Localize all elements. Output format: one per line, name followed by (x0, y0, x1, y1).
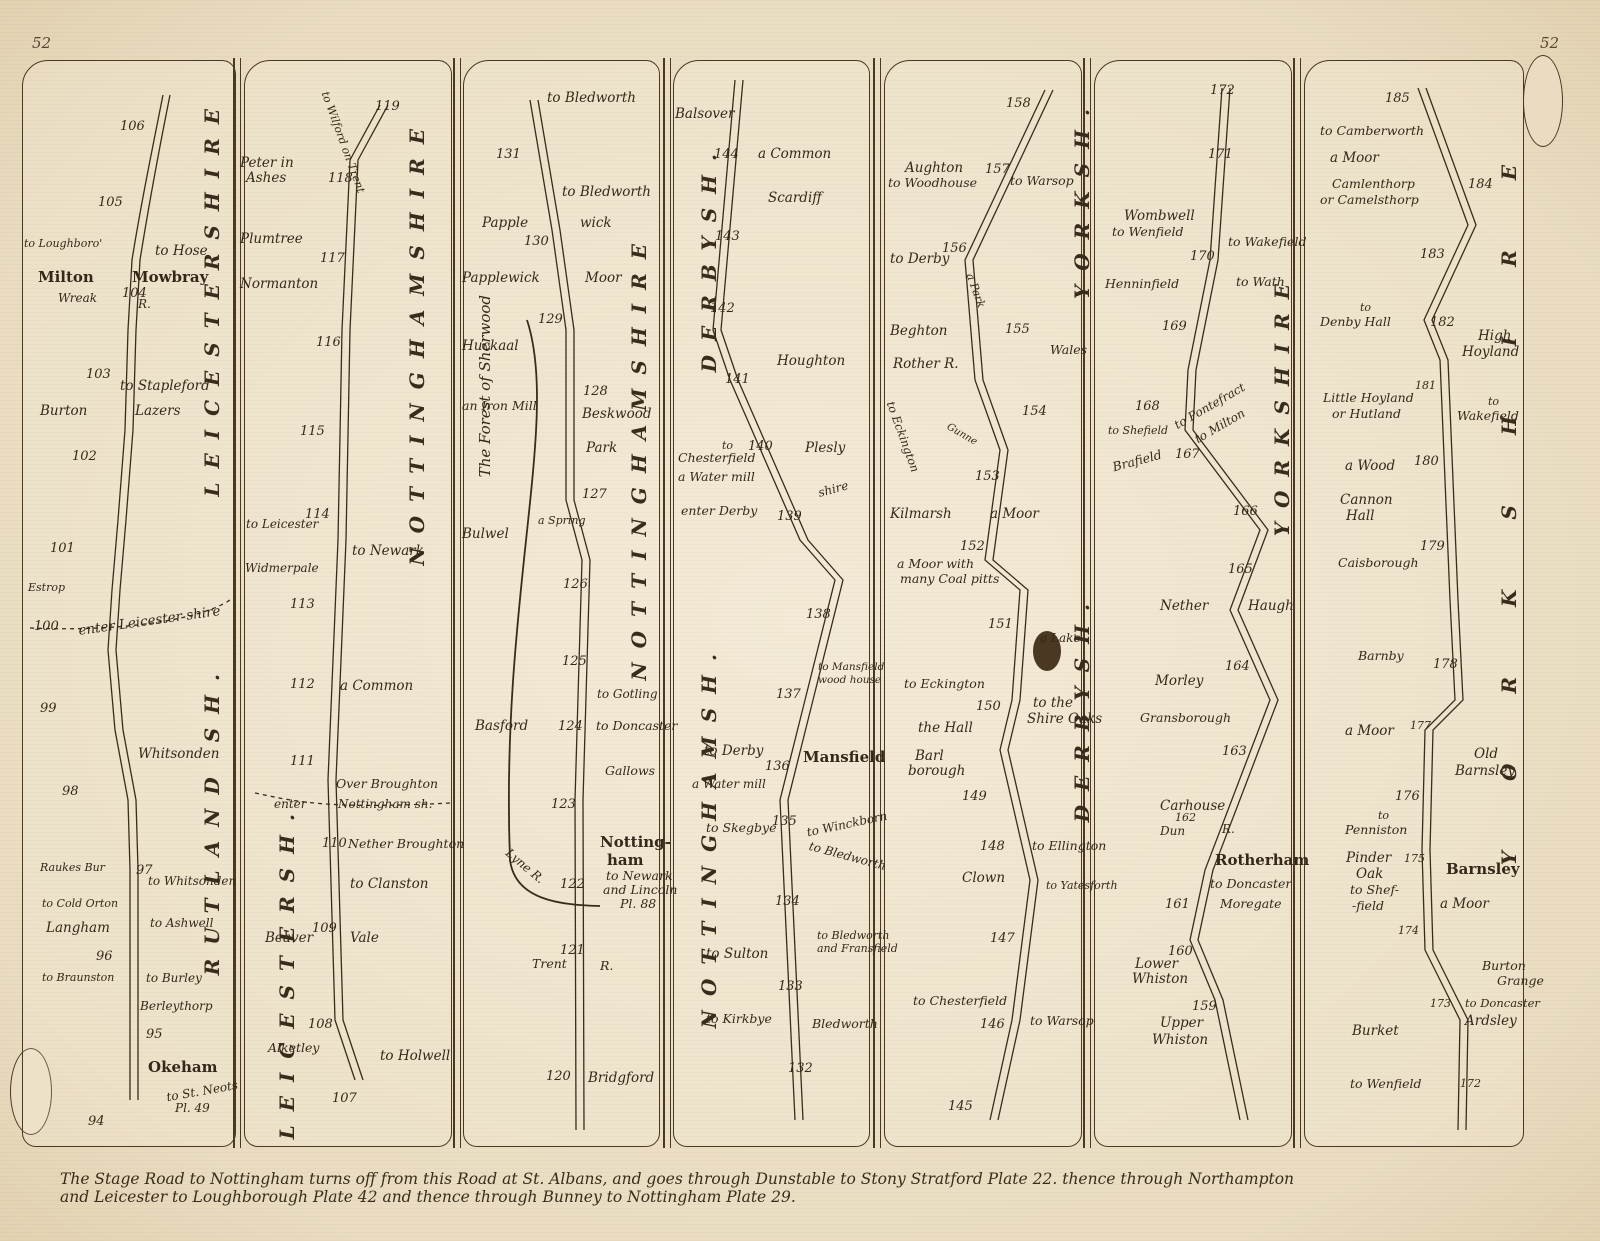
milestone: 107 (332, 1092, 357, 1105)
county-label: RUTLAND SH. (200, 660, 224, 975)
place-label: or Camelsthorp (1320, 194, 1419, 207)
place-label: Ardsley (1465, 1015, 1517, 1029)
place-label: Gallows (605, 765, 655, 778)
place-label: Hall (1346, 510, 1374, 524)
milestone: 113 (290, 598, 315, 611)
place-label: Whiston (1152, 1034, 1208, 1048)
milestone: 129 (538, 313, 563, 326)
milestone: 176 (1395, 790, 1420, 803)
milestone: 177 (1410, 720, 1431, 731)
milestone: 115 (300, 425, 325, 438)
place-label: Cannon (1340, 494, 1393, 508)
milestone: 148 (980, 840, 1005, 853)
milestone: 180 (1414, 455, 1439, 468)
place-label: Bledworth (812, 1018, 878, 1031)
place-label: Nether (1160, 600, 1208, 614)
place-label: Clown (962, 872, 1005, 886)
place-label: a Common (340, 680, 413, 694)
river-label: R. (138, 298, 151, 310)
milestone: 154 (1022, 405, 1047, 418)
footnote-line-1: The Stage Road to Nottingham turns off f… (60, 1170, 1540, 1188)
milestone: 150 (976, 700, 1001, 713)
milestone: 125 (562, 655, 587, 668)
place-label: Langham (46, 922, 110, 936)
county-label: YORKSHIRE (1497, 95, 1521, 865)
milestone: 185 (1385, 92, 1410, 105)
county-label: NOTTINGHAMSHIRE (627, 230, 651, 681)
milestone: 163 (1222, 745, 1247, 758)
place-label: Penniston (1345, 824, 1407, 837)
place-label: to Stapleford (120, 380, 210, 394)
milestone: 132 (788, 1062, 813, 1075)
place-label: Denby Hall (1320, 316, 1391, 329)
place-label: Gransborough (1140, 712, 1231, 725)
town-label: ham (607, 853, 644, 868)
town-label: Notting- (600, 835, 671, 850)
place-label: a Moor with (897, 558, 974, 571)
place-label: Chesterfield (678, 452, 756, 465)
place-label: to Mansfield (818, 662, 884, 673)
place-label: Houghton (777, 355, 845, 369)
milestone: 183 (1420, 248, 1445, 261)
milestone: 184 (1468, 178, 1493, 191)
milestone: 170 (1190, 250, 1215, 263)
milestone: 141 (725, 373, 750, 386)
place-label: to the (1033, 697, 1073, 711)
place-label: to Holwell (380, 1050, 450, 1064)
town-label: Mowbray (132, 270, 208, 285)
milestone: 135 (772, 815, 797, 828)
place-label: to Derby (890, 253, 949, 267)
milestone: 178 (1433, 658, 1458, 671)
milestone: 98 (62, 785, 79, 798)
milestone: 137 (776, 688, 801, 701)
milestone: 167 (1175, 448, 1200, 461)
footnote-line-2: and Leicester to Loughborough Plate 42 a… (60, 1188, 1540, 1206)
milestone: 139 (777, 510, 802, 523)
place-label: Over Broughton (336, 778, 438, 791)
county-label: NOTTINGHAMSH. (697, 640, 721, 1028)
place-label: to Camberworth (1320, 125, 1424, 138)
place-label: and Lincoln (603, 884, 677, 897)
milestone: 131 (496, 148, 521, 161)
place-label: to (1360, 302, 1371, 313)
place-label: a Spring (538, 515, 586, 526)
place-label: Old (1474, 748, 1498, 762)
place-label: a Moor (1330, 152, 1379, 166)
milestone: 146 (980, 1018, 1005, 1031)
county-label: LEICESTERSHIRE (200, 95, 224, 497)
place-label: to Newark (606, 870, 673, 883)
place-label: to (1378, 810, 1389, 821)
town-label: Mansfield (803, 750, 885, 765)
milestone: 173 (1430, 998, 1451, 1009)
milestone: 140 (748, 440, 773, 453)
milestone: 127 (582, 488, 607, 501)
place-label: Ashes (246, 172, 286, 186)
place-label: Burton (40, 405, 87, 419)
place-label: Burton (1482, 960, 1526, 973)
milestone: 157 (985, 163, 1010, 176)
place-label: a Water mill (678, 471, 755, 484)
place-label: Grange (1497, 975, 1544, 988)
milestone: 136 (765, 760, 790, 773)
place-label: Basford (475, 720, 528, 734)
place-label: Normanton (240, 278, 318, 292)
place-label: Moor (585, 272, 622, 286)
place-label: Scardiff (768, 192, 822, 206)
place-label: wood house (818, 675, 881, 686)
milestone: 162 (1175, 812, 1196, 823)
milestone: 152 (960, 540, 985, 553)
place-label: to Doncaster (596, 720, 677, 733)
milestone: 161 (1165, 898, 1190, 911)
place-label: Oak (1356, 868, 1383, 882)
milestone: 117 (320, 252, 345, 265)
place-label: Moregate (1220, 898, 1282, 911)
plate-ref: Pl. 88 (620, 898, 656, 911)
county-label: YORKSH. (1070, 95, 1094, 299)
place-label: and Fransfield (817, 943, 898, 954)
place-label: Aughton (905, 162, 963, 176)
milestone: 172 (1460, 1078, 1481, 1089)
milestone: 120 (546, 1070, 571, 1083)
milestone: 156 (942, 242, 967, 255)
place-label: to Chesterfield (913, 995, 1007, 1008)
place-label: to Loughboro' (24, 238, 102, 249)
milestone: 168 (1135, 400, 1160, 413)
milestone: 103 (86, 368, 111, 381)
milestone: 159 (1192, 1000, 1217, 1013)
place-label: to Wenfield (1112, 226, 1184, 239)
place-label: Barl (915, 750, 944, 764)
milestone: 172 (1210, 84, 1235, 97)
place-label: -field (1352, 900, 1384, 913)
milestone: 94 (88, 1115, 105, 1128)
boundary-label: Nottingham sh. (338, 798, 432, 810)
milestone: 134 (775, 895, 800, 908)
place-label: to Shef- (1350, 884, 1399, 897)
place-label: Pinder (1346, 852, 1391, 866)
milestone: 106 (120, 120, 145, 133)
place-label: Vale (350, 932, 379, 946)
river-label: Trent (532, 958, 567, 971)
river-label: R. (1222, 823, 1235, 835)
milestone: 119 (375, 100, 400, 113)
place-label: to Wakefield (1228, 236, 1306, 249)
region-label: The Forest of Sherwood (478, 295, 493, 477)
milestone: 164 (1225, 660, 1250, 673)
footnote: The Stage Road to Nottingham turns off f… (60, 1170, 1540, 1206)
place-label: to Cold Orton (42, 898, 118, 909)
river-label: Dun (1160, 825, 1185, 837)
place-label: Haugh (1248, 600, 1294, 614)
milestone: 95 (146, 1028, 163, 1041)
milestone: 124 (558, 720, 583, 733)
milestone: 105 (98, 196, 123, 209)
place-label: to Woodhouse (888, 177, 977, 190)
milestone: 158 (1006, 97, 1031, 110)
place-label: Upper (1160, 1017, 1203, 1031)
milestone: 147 (990, 932, 1015, 945)
milestone: 149 (962, 790, 987, 803)
plate-ref: Pl. 49 (175, 1102, 210, 1114)
milestone: 100 (34, 620, 59, 633)
milestone: 112 (290, 678, 315, 691)
place-label: Widmerpale (245, 562, 319, 574)
town-label: Milton (38, 270, 94, 285)
place-label: Henninfield (1105, 278, 1179, 291)
place-label: Lazers (135, 405, 181, 419)
place-label: Estrop (28, 582, 65, 593)
place-label: Camlenthorp (1332, 178, 1415, 191)
milestone: 102 (72, 450, 97, 463)
milestone: 111 (290, 755, 315, 768)
place-label: Whiston (1132, 973, 1188, 987)
milestone: 179 (1420, 540, 1445, 553)
place-label: an Iron Mill (462, 400, 537, 413)
river-label: Wreak (58, 292, 97, 304)
milestone: 122 (560, 878, 585, 891)
milestone: 155 (1005, 323, 1030, 336)
place-label: Nether Broughton (348, 838, 464, 851)
place-label: many Coal pitts (900, 573, 999, 586)
place-label: a Moor (1440, 898, 1489, 912)
milestone: 165 (1228, 563, 1253, 576)
place-label: Wales (1050, 344, 1087, 357)
milestone: 123 (551, 798, 576, 811)
milestone: 169 (1162, 320, 1187, 333)
place-label: Barnby (1358, 650, 1404, 663)
place-label: to Gotling (597, 688, 658, 700)
place-label: Plesly (805, 442, 845, 456)
place-label: to Doncaster (1210, 878, 1291, 891)
milestone: 99 (40, 702, 57, 715)
county-label: DERBYSH. (1070, 590, 1094, 822)
place-label: to Warsop (1010, 175, 1074, 188)
place-label: Park (586, 442, 617, 456)
county-label: LEICESTERSH. (275, 800, 299, 1139)
milestone: 171 (1208, 148, 1233, 161)
place-label: Balsover (675, 108, 734, 122)
milestone: 118 (328, 172, 353, 185)
milestone: 101 (50, 542, 75, 555)
place-label: to Yatesforth (1046, 880, 1118, 891)
place-label: the Hall (918, 722, 973, 736)
county-label: NOTTINGHAMSHIRE (405, 115, 429, 566)
milestone: 182 (1430, 316, 1455, 329)
milestone: 130 (524, 235, 549, 248)
milestone: 181 (1415, 380, 1436, 391)
place-label: Papple (482, 217, 528, 231)
place-label: Little Hoyland (1323, 392, 1414, 405)
milestone: 145 (948, 1100, 973, 1113)
place-label: Burket (1352, 1025, 1399, 1039)
milestone: 128 (583, 385, 608, 398)
place-label: wick (580, 217, 612, 231)
place-label: or Hutland (1332, 408, 1401, 421)
place-label: to Doncaster (1465, 998, 1540, 1010)
town-label: Rotherham (1215, 853, 1309, 868)
milestone: 126 (563, 578, 588, 591)
milestone: 108 (308, 1018, 333, 1031)
place-label: to Eckington (904, 678, 985, 691)
milestone: 153 (975, 470, 1000, 483)
place-label: Kilmarsh (890, 508, 952, 522)
place-label: Wombwell (1124, 210, 1195, 224)
place-label: to Clanston (350, 878, 428, 892)
place-label: Plumtree (240, 233, 303, 247)
milestone: 151 (988, 618, 1013, 631)
milestone: 116 (316, 336, 341, 349)
place-label: a Moor (990, 508, 1039, 522)
place-label: Bulwel (462, 528, 509, 542)
place-label: Beghton (890, 325, 948, 339)
place-label: a Wood (1345, 460, 1395, 474)
place-label: Bridgford (588, 1072, 654, 1086)
milestone: 110 (322, 837, 347, 850)
boundary-label: enter Derby (681, 505, 757, 518)
place-label: to Burley (146, 972, 202, 984)
place-label: a Common (758, 148, 831, 162)
place-label: Papplewick (462, 272, 540, 286)
place-label: to Braunston (42, 972, 114, 983)
place-label: Raukes Bur (40, 862, 105, 873)
milestone: 109 (312, 922, 337, 935)
milestone: 96 (96, 950, 113, 963)
place-label: a Moor (1345, 725, 1394, 739)
place-label: to Wenfield (1350, 1078, 1422, 1091)
milestone: 138 (806, 608, 831, 621)
place-label: to Bledworth (817, 930, 890, 941)
place-label: to Warsop (1030, 1015, 1094, 1028)
place-label: to Leicester (246, 518, 318, 530)
place-label: to Shefield (1108, 425, 1168, 436)
milestone: 133 (778, 980, 803, 993)
place-label: Peter in (240, 157, 294, 171)
place-label: Morley (1155, 675, 1203, 689)
county-label: YORKSHIRE (1270, 270, 1294, 536)
place-label: Lower (1135, 958, 1178, 972)
place-label: Caisborough (1338, 557, 1419, 570)
place-label: to Bledworth (562, 186, 651, 200)
place-label: borough (908, 765, 965, 779)
milestone: 174 (1398, 925, 1419, 936)
place-label: Berleythorp (140, 1000, 213, 1012)
river-label: Rother R. (893, 358, 959, 372)
place-label: to Bledworth (547, 92, 636, 106)
town-label: Okeham (148, 1060, 218, 1075)
milestone: 175 (1404, 853, 1425, 864)
river-label: R. (600, 960, 613, 973)
place-label: to Ellington (1032, 840, 1106, 853)
milestone: 166 (1233, 505, 1258, 518)
county-label: DERBYSH. (697, 140, 721, 372)
